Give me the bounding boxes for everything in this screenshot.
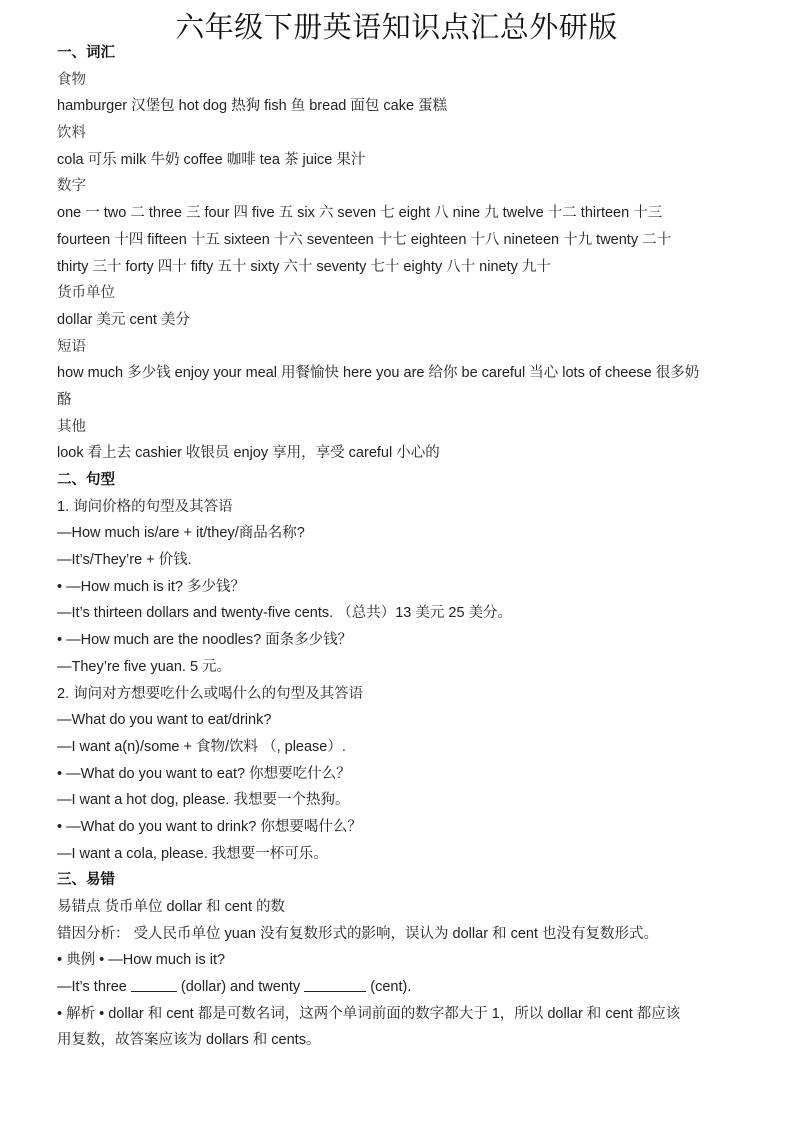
- document-body: 一、词汇 食物 hamburger 汉堡包 hot dog 热狗 fish 鱼 …: [57, 40, 747, 1054]
- pattern-line: —I want a cola, please. 我想要一杯可乐。: [57, 841, 747, 868]
- pattern-line: • —What do you want to eat? 你想要吃什么？: [57, 761, 747, 788]
- pattern1-title: 1. 询问价格的句型及其答语: [57, 494, 747, 521]
- other-vocab-line: look 看上去 cashier 收银员 enjoy 享用，享受 careful…: [57, 440, 747, 467]
- other-label: 其他: [57, 414, 747, 441]
- pattern-line: —I want a hot dog, please. 我想要一个热狗。: [57, 787, 747, 814]
- exercise-prefix: —It’s three: [57, 979, 131, 995]
- exercise-middle: (dollar) and twenty: [177, 979, 304, 995]
- phrase-vocab-line: how much 多少钱 enjoy your meal 用餐愉快 here y…: [57, 360, 747, 387]
- section-heading-vocab: 一、词汇: [57, 40, 747, 67]
- pattern2-title: 2. 询问对方想要吃什么或喝什么的句型及其答语: [57, 681, 747, 708]
- pattern-line: • —How much are the noodles? 面条多少钱？: [57, 627, 747, 654]
- currency-label: 货币单位: [57, 280, 747, 307]
- pattern-line: —I want a(n)/some + 食物/饮料 （, please）.: [57, 734, 747, 761]
- pattern-line: —It’s thirteen dollars and twenty-five c…: [57, 600, 747, 627]
- pattern-line: • —How much is it? 多少钱？: [57, 574, 747, 601]
- mistake-exercise-line: —It’s three (dollar) and twenty (cent).: [57, 974, 747, 1001]
- section-heading-sentences: 二、句型: [57, 467, 747, 494]
- number-vocab-line: fourteen 十四 fifteen 十五 sixteen 十六 sevent…: [57, 227, 747, 254]
- mistake-point-line: 易错点 货币单位 dollar 和 cent 的数: [57, 894, 747, 921]
- currency-vocab-line: dollar 美元 cent 美分: [57, 307, 747, 334]
- drink-label: 饮料: [57, 120, 747, 147]
- answer-blank-cent[interactable]: [304, 977, 366, 992]
- phrase-vocab-line: 酪: [57, 387, 747, 414]
- number-vocab-line: one 一 two 二 three 三 four 四 five 五 six 六 …: [57, 200, 747, 227]
- phrase-label: 短语: [57, 334, 747, 361]
- pattern-line: —They’re five yuan. 5 元。: [57, 654, 747, 681]
- mistake-example-line: • 典例 • —How much is it?: [57, 947, 747, 974]
- food-vocab-line: hamburger 汉堡包 hot dog 热狗 fish 鱼 bread 面包…: [57, 93, 747, 120]
- mistake-analysis-line: 用复数，故答案应该为 dollars 和 cents。: [57, 1027, 747, 1054]
- mistake-analysis-line: • 解析 • dollar 和 cent 都是可数名词，这两个单词前面的数字都大…: [57, 1001, 747, 1028]
- section-heading-mistakes: 三、易错: [57, 867, 747, 894]
- answer-blank-dollar[interactable]: [131, 977, 177, 992]
- drink-vocab-line: cola 可乐 milk 牛奶 coffee 咖啡 tea 茶 juice 果汁: [57, 147, 747, 174]
- number-vocab-line: thirty 三十 forty 四十 fifty 五十 sixty 六十 sev…: [57, 254, 747, 281]
- exercise-suffix: (cent).: [366, 979, 411, 995]
- mistake-cause-line: 错因分析： 受人民币单位 yuan 没有复数形式的影响，误认为 dollar 和…: [57, 921, 747, 948]
- pattern-line: —How much is/are + it/they/商品名称?: [57, 520, 747, 547]
- number-label: 数字: [57, 173, 747, 200]
- food-label: 食物: [57, 67, 747, 94]
- pattern-line: —It’s/They’re + 价钱.: [57, 547, 747, 574]
- pattern-line: —What do you want to eat/drink?: [57, 707, 747, 734]
- pattern-line: • —What do you want to drink? 你想要喝什么？: [57, 814, 747, 841]
